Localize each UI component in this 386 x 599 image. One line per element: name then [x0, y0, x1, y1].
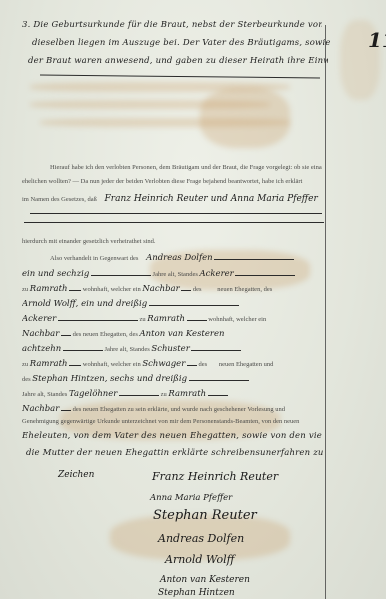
witness4-place: Ramrath: [168, 389, 206, 399]
printed-text: Genehmigung gegenwärtige Urkunde unterze…: [22, 418, 322, 425]
witness1-name: Andreas Dolfen: [146, 253, 213, 263]
witness2-occupation-line: Ackerer zu Ramrath wohnhaft, welcher ein: [22, 314, 322, 324]
witness1-age: ein und sechzig: [22, 269, 89, 279]
witness2-relation: Nachbar: [22, 329, 59, 339]
printed-text: Hierauf habe ich den verlobten Personen,…: [50, 164, 322, 171]
witness3-line: Nachbar des neuen Ehegatten, des Anton v…: [22, 329, 322, 339]
signature-witness-3: Anton van Kesteren: [160, 575, 250, 585]
remarks-line-2: dieselben liegen im Auszuge bei. Der Vat…: [32, 38, 332, 48]
stain: [200, 88, 290, 148]
printed-line-couple: im Namen des Gesetzes, daß Franz Heinric…: [22, 194, 322, 204]
witness3-place: Ramrath: [30, 359, 68, 369]
signature-witness-1: Andreas Dolfen: [158, 532, 244, 545]
margin-rule: [325, 25, 326, 599]
divider: [30, 213, 322, 214]
signature-bride: Anna Maria Pfeffer: [150, 493, 232, 503]
witness4-occupation: Tagelöhner: [69, 389, 117, 399]
witness2-name: Arnold Wolff, ein und dreißig: [22, 299, 147, 309]
witness1-occupation: Ackerer: [199, 269, 233, 279]
remarks-marker: 3.: [22, 20, 31, 30]
signature-groom: Franz Heinrich Reuter: [152, 470, 278, 483]
divider: [40, 75, 320, 79]
witness3-age-line: achtzehn Jahre alt, Standes Schuster: [22, 344, 322, 354]
signature-father: Stephan Reuter: [153, 508, 257, 523]
witness4-name: Stephan Hintzen, sechs und dreißig: [32, 374, 187, 384]
witness2-line: Arnold Wolff, ein und dreißig: [22, 299, 322, 309]
witness1-relation: Nachbar: [142, 284, 179, 294]
witness3-relation: Schwager: [142, 359, 185, 369]
witness4-line: des Stephan Hintzen, sechs und dreißig: [22, 374, 322, 384]
page-number: 11: [368, 28, 386, 52]
printed-text: hierdurch mit einander gesetzlich verhei…: [22, 238, 322, 245]
witness3-place-line: zu Ramrath wohnhaft, welcher ein Schwage…: [22, 359, 322, 369]
divider: [24, 222, 324, 223]
closing-line-2: die Mutter der neuen Ehegattin erklärte …: [26, 448, 326, 458]
printed-text: ehelichen wollten? — Da nun jeder der be…: [22, 178, 322, 185]
remarks-line-1: 3. Die Geburtsurkunde für die Braut, neb…: [22, 20, 322, 30]
witness4-occupation-line: Jahre alt, Standes Tagelöhner zu Ramrath: [22, 389, 322, 399]
witness2-occupation: Ackerer: [22, 314, 56, 324]
closing-line-1: Eheleuten, von dem Vater des neuen Ehega…: [22, 431, 322, 441]
witness1-place-line: zu Ramrath wohnhaft, welcher ein Nachbar…: [22, 284, 322, 294]
witness3-occupation: Schuster: [151, 344, 189, 354]
witness2-place: Ramrath: [147, 314, 185, 324]
signature-witness-4: Stephan Hintzen: [158, 588, 235, 598]
witness4-relation-line: Nachbar des neuen Ehegatten zu sein erkl…: [22, 404, 322, 414]
document-page: 11 3. Die Geburtsurkunde für die Braut, …: [0, 0, 386, 599]
couple-names: Franz Heinrich Reuter und Anna Maria Pfe…: [105, 194, 318, 204]
witness3-name: Anton van Kesteren: [140, 329, 225, 339]
signature-witness-2: Arnold Wolff: [165, 553, 234, 566]
witness3-age: achtzehn: [22, 344, 61, 354]
witness1-age-line: ein und sechzig Jahre alt, Standes Acker…: [22, 269, 322, 279]
witness1-place: Ramrath: [30, 284, 68, 294]
witness4-relation: Nachbar: [22, 404, 59, 414]
witness1-line: Also verhandelt in Gegenwart des Andreas…: [50, 253, 322, 263]
remarks-line-3: der Braut waren anwesend, und gaben zu d…: [28, 56, 328, 66]
mother-mark-label: Zeichen: [58, 470, 94, 480]
